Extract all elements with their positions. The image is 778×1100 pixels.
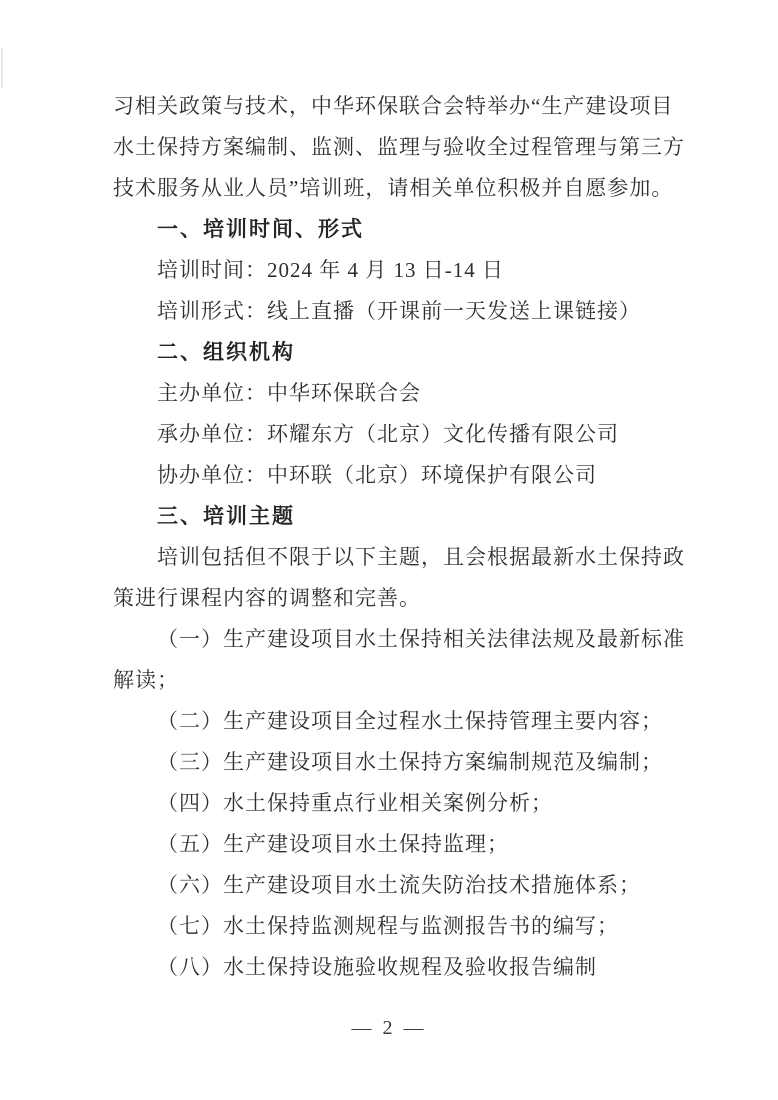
list-item-2: （二）生产建设项目全过程水土保持管理主要内容； [113, 701, 679, 742]
paragraph-line: 水土保持方案编制、监测、监理与验收全过程管理与第三方 [113, 127, 679, 168]
section-heading-2: 二、组织机构 [113, 332, 679, 373]
paragraph-line: 策进行课程内容的调整和完善。 [113, 578, 679, 619]
training-time-line: 培训时间：2024 年 4 月 13 日-14 日 [113, 250, 679, 291]
paragraph-line: 培训包括但不限于以下主题，且会根据最新水土保持政 [113, 537, 679, 578]
page-number: — 2 — [0, 1008, 778, 1049]
co-organizer-unit-line: 协办单位：中环联（北京）环境保护有限公司 [113, 455, 679, 496]
list-item-5: （五）生产建设项目水土保持监理； [113, 824, 679, 865]
host-unit-line: 主办单位：中华环保联合会 [113, 373, 679, 414]
paragraph-line: 技术服务从业人员”培训班，请相关单位积极并自愿参加。 [113, 168, 679, 209]
section-heading-3: 三、培训主题 [113, 496, 679, 537]
list-item-6: （六）生产建设项目水土流失防治技术措施体系； [113, 865, 679, 906]
list-item-4: （四）水土保持重点行业相关案例分析； [113, 783, 679, 824]
document-body: 习相关政策与技术，中华环保联合会特举办“生产建设项目 水土保持方案编制、监测、监… [113, 86, 679, 988]
list-item-7: （七）水土保持监测规程与监测报告书的编写； [113, 906, 679, 947]
list-item-3: （三）生产建设项目水土保持方案编制规范及编制； [113, 742, 679, 783]
scan-edge-artifact [1, 48, 3, 88]
training-format-line: 培训形式：线上直播（开课前一天发送上课链接） [113, 291, 679, 332]
list-item-1: （一）生产建设项目水土保持相关法律法规及最新标准 [113, 619, 679, 660]
paragraph-line: 习相关政策与技术，中华环保联合会特举办“生产建设项目 [113, 86, 679, 127]
list-item-1-continuation: 解读； [113, 660, 679, 701]
section-heading-1: 一、培训时间、形式 [113, 209, 679, 250]
document-page: 习相关政策与技术，中华环保联合会特举办“生产建设项目 水土保持方案编制、监测、监… [0, 0, 778, 1100]
list-item-8: （八）水土保持设施验收规程及验收报告编制 [113, 947, 679, 988]
organizer-unit-line: 承办单位：环耀东方（北京）文化传播有限公司 [113, 414, 679, 455]
